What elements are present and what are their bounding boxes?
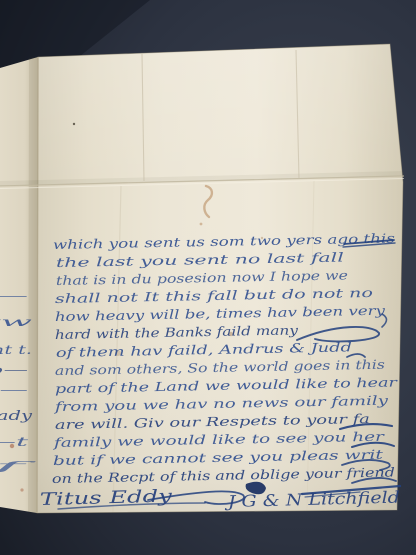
left-fragment: b— [0, 363, 28, 377]
letter-scene: t— tw ght t. b— t— Cady —t f [0, 0, 416, 555]
letter-photograph: t— tw ght t. b— t— Cady —t f [0, 0, 416, 555]
left-fragment: t— [0, 289, 28, 303]
letter-page: which you sent us som two yers ago this … [0, 44, 404, 513]
left-page-stain [10, 444, 14, 448]
left-fragment: Cady [0, 409, 33, 424]
left-fragment: —t [0, 435, 28, 449]
left-fragment: t— [0, 383, 28, 397]
left-fragment: ght t. [0, 343, 32, 357]
left-page-stain [20, 488, 23, 491]
left-page-fold: t— tw ght t. b— t— Cady —t f [0, 57, 41, 513]
stain-dot [200, 223, 203, 226]
paper-speck [73, 123, 75, 125]
signature-left: Titus Eddy [40, 487, 173, 510]
crease-left-fold [37, 57, 38, 513]
